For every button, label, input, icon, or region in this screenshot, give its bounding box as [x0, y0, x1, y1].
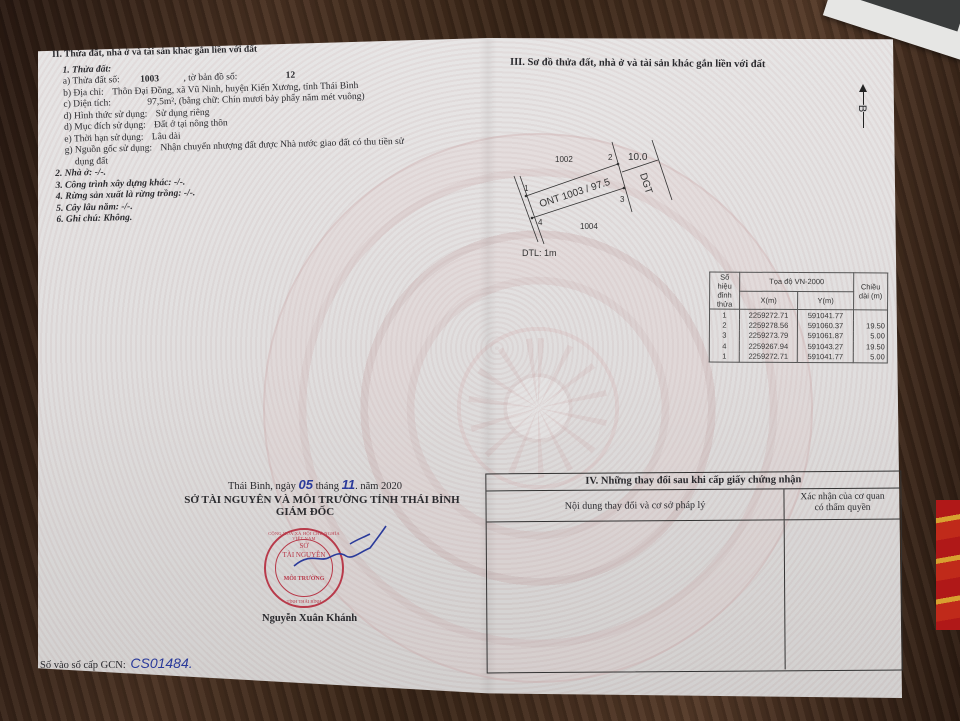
issuing-organization: SỞ TÀI NGUYÊN VÀ MÔI TRƯỜNG TỈNH THÁI BÌ…	[164, 494, 480, 506]
registration-value: CS01484.	[130, 655, 192, 671]
coord-cell-x: 2259278.56	[739, 320, 797, 331]
vertex-4: 4	[538, 218, 542, 227]
coord-cell-y: 591041.77	[797, 351, 853, 362]
date-month: 11	[342, 477, 356, 492]
coord-cell-v: 4	[709, 341, 739, 352]
north-label: B	[856, 105, 867, 112]
area-label: c) Diện tích:	[63, 98, 111, 109]
handwritten-signature-icon	[290, 522, 400, 572]
registration-label: Số vào sổ cấp GCN:	[40, 660, 126, 671]
col-length: Chiều dài (m)	[854, 273, 888, 310]
term-value: Lâu dài	[152, 131, 181, 142]
stamp-ring-bottom: TỈNH THÁI BÌNH	[266, 599, 342, 604]
coord-cell-v: 1	[709, 351, 739, 362]
coord-cell-x: 2259267.94	[739, 341, 797, 352]
coord-cell-y: 591061.87	[797, 330, 853, 341]
col-system: Tọa độ VN-2000	[740, 272, 854, 291]
change-content-cell	[487, 520, 786, 671]
neighbor-north: 1002	[555, 155, 573, 164]
col-authority-line-1: Xác nhận của cơ quan	[784, 492, 900, 504]
section-iii-title: III. Sơ đồ thửa đất, nhà ở và tài sản kh…	[510, 57, 765, 70]
purpose-value: Đất ở tại nông thôn	[154, 118, 228, 130]
section-parcel-info: II. Thửa đất, nhà ở và tài sản khác gắn …	[52, 41, 406, 227]
date-day: 05	[299, 477, 313, 492]
date-year: năm 2020	[360, 481, 402, 492]
registration-number: Số vào sổ cấp GCN: CS01484.	[40, 655, 193, 671]
coord-cell-y: 591041.77	[797, 309, 853, 320]
vertex-1: 1	[524, 184, 528, 193]
coord-cell-x: 2259273.79	[739, 330, 797, 341]
coord-cell-x: 2259272.71	[739, 309, 797, 320]
term-label: e) Thời hạn sử dụng:	[64, 132, 143, 144]
parcel-sketch: 1002 1004 ONT 1003 / 97.5 10.0 DGT DTL: …	[500, 140, 700, 270]
col-change-content: Nội dung thay đổi và cơ sở pháp lý	[486, 489, 784, 521]
address-label: b) Địa chỉ:	[63, 87, 104, 98]
col-x: X(m)	[740, 291, 798, 310]
stamp-line-3: MÔI TRƯỜNG	[266, 576, 342, 582]
vertex-3: 3	[620, 195, 624, 204]
coord-cell-v: 2	[709, 320, 739, 331]
neighbor-south: 1004	[580, 222, 598, 231]
coord-cell-len	[853, 310, 887, 321]
coord-cell-y: 591060.37	[797, 320, 853, 331]
date-month-label: tháng	[316, 481, 339, 492]
coord-row: 12259272.71591041.775.00	[709, 351, 887, 362]
parcel-no: 1003	[140, 74, 159, 84]
coord-cell-y: 591043.27	[797, 341, 853, 352]
coord-cell-x: 2259272.71	[739, 351, 797, 362]
north-arrow-icon: B	[857, 84, 871, 128]
parcel-no-label: a) Thửa đất số:	[63, 75, 120, 86]
col-vertex: Số hiệu đỉnh thửa	[710, 272, 740, 309]
width-label: 10.0	[628, 152, 647, 163]
coord-cell-len: 5.00	[853, 352, 887, 363]
coord-cell-v: 1	[709, 309, 739, 320]
usage-form-label: d) Hình thức sử dụng:	[64, 109, 148, 121]
col-authority-confirmation: Xác nhận của cơ quan có thẩm quyền	[784, 489, 900, 520]
coord-cell-v: 3	[709, 330, 739, 341]
signer-name: Nguyễn Xuân Khánh	[262, 613, 357, 624]
setback-label: DTL: 1m	[522, 248, 557, 258]
changes-table: IV. Những thay đổi sau khi cấp giấy chứn…	[485, 471, 902, 674]
map-sheet-no: 12	[286, 71, 296, 81]
signer-role: GIÁM ĐỐC	[130, 506, 480, 518]
coord-cell-len: 19.50	[853, 320, 887, 331]
col-y: Y(m)	[798, 291, 854, 310]
issue-date: Thái Bình, ngày 05 tháng 11. năm 2020	[150, 477, 480, 492]
red-cloth-edge	[936, 500, 960, 630]
purpose-label: d) Mục đích sử dụng:	[64, 121, 146, 133]
coord-cell-len: 19.50	[853, 341, 887, 352]
origin-label: g) Nguồn gốc sử dụng:	[65, 143, 153, 155]
date-prefix: Thái Bình, ngày	[228, 481, 296, 492]
col-authority-line-2: có thẩm quyền	[785, 503, 901, 515]
coordinate-table: Số hiệu đỉnh thửa Tọa độ VN-2000 Chiều d…	[709, 272, 888, 363]
star-watermark-icon	[468, 338, 608, 478]
usage-form-value: Sử dụng riêng	[156, 107, 210, 118]
vertex-2: 2	[608, 153, 612, 162]
map-sheet-label: , tờ bản đồ số:	[183, 72, 237, 83]
coord-cell-len: 5.00	[853, 331, 887, 342]
signature-block: Thái Bình, ngày 05 tháng 11. năm 2020 SỞ…	[150, 477, 480, 518]
